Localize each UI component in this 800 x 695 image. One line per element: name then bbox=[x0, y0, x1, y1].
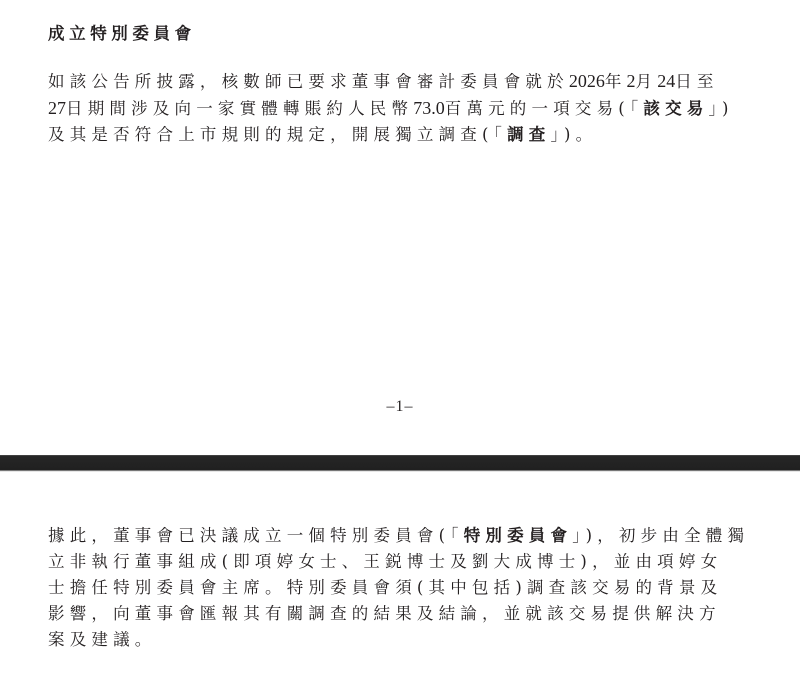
document-page-2: 據此，董事會已決議成立一個特別委員會(「特別委員會」)，初步由全體獨 立非執行董… bbox=[0, 473, 800, 695]
paragraph-line: 據此，董事會已決議成立一個特別委員會(「特別委員會」)，初步由全體獨 bbox=[48, 523, 760, 549]
text-run: 日期間涉及向一家實體轉賬約人民幣 bbox=[66, 99, 413, 118]
defined-term: 調查 bbox=[507, 125, 550, 144]
text-run: 」) bbox=[709, 99, 734, 118]
section-heading: 成立特別委員會 bbox=[48, 20, 196, 44]
month-number: 2 bbox=[627, 71, 636, 91]
text-run: 及其是否符合上市規則的規定，開展獨立調查(「 bbox=[48, 125, 507, 144]
page-divider bbox=[0, 455, 800, 472]
text-run: 百萬元的一項交易(「 bbox=[445, 99, 644, 118]
defined-term: 特別委員會 bbox=[464, 526, 573, 545]
paragraph-line: 立非執行董事組成(即項婷女士、王鋭博士及劉大成博士)，並由項婷女 bbox=[48, 549, 760, 575]
announcement-paragraph: 如該公告所披露，核數師已要求董事會審計委員會就於2026年2月24日至 27日期… bbox=[48, 68, 760, 148]
paragraph-line: 士擔任特別委員會主席。特別委員會須(其中包括)調查該交易的背景及 bbox=[48, 575, 760, 601]
year-number: 2026 bbox=[569, 71, 605, 91]
paragraph-line: 及其是否符合上市規則的規定，開展獨立調查(「調查」)。 bbox=[48, 122, 760, 148]
paragraph-line: 27日期間涉及向一家實體轉賬約人民幣73.0百萬元的一項交易(「該交易」) bbox=[48, 95, 760, 122]
committee-paragraph: 據此，董事會已決議成立一個特別委員會(「特別委員會」)，初步由全體獨 立非執行董… bbox=[48, 523, 760, 653]
defined-term: 該交易 bbox=[643, 99, 708, 118]
text-run: 年 bbox=[605, 72, 627, 91]
text-run: 據此，董事會已決議成立一個特別委員會(「 bbox=[48, 526, 464, 545]
day-number: 27 bbox=[48, 98, 66, 118]
text-run: 」)，初步由全體獨 bbox=[572, 526, 749, 545]
page-number: –1– bbox=[0, 398, 800, 416]
document-page-1: 成立特別委員會 如該公告所披露，核數師已要求董事會審計委員會就於2026年2月2… bbox=[0, 0, 800, 455]
text-run: 月 bbox=[636, 72, 658, 91]
day-number: 24 bbox=[657, 71, 675, 91]
amount-number: 73.0 bbox=[413, 98, 445, 118]
paragraph-line: 如該公告所披露，核數師已要求董事會審計委員會就於2026年2月24日至 bbox=[48, 68, 760, 95]
text-run: 如該公告所披露，核數師已要求董事會審計委員會就於 bbox=[48, 72, 569, 91]
paragraph-line: 影響，向董事會匯報其有關調查的結果及結論，並就該交易提供解決方 bbox=[48, 601, 760, 627]
text-run: 日至 bbox=[675, 72, 718, 91]
paragraph-line: 案及建議。 bbox=[48, 627, 760, 653]
text-run: 」)。 bbox=[551, 125, 598, 144]
